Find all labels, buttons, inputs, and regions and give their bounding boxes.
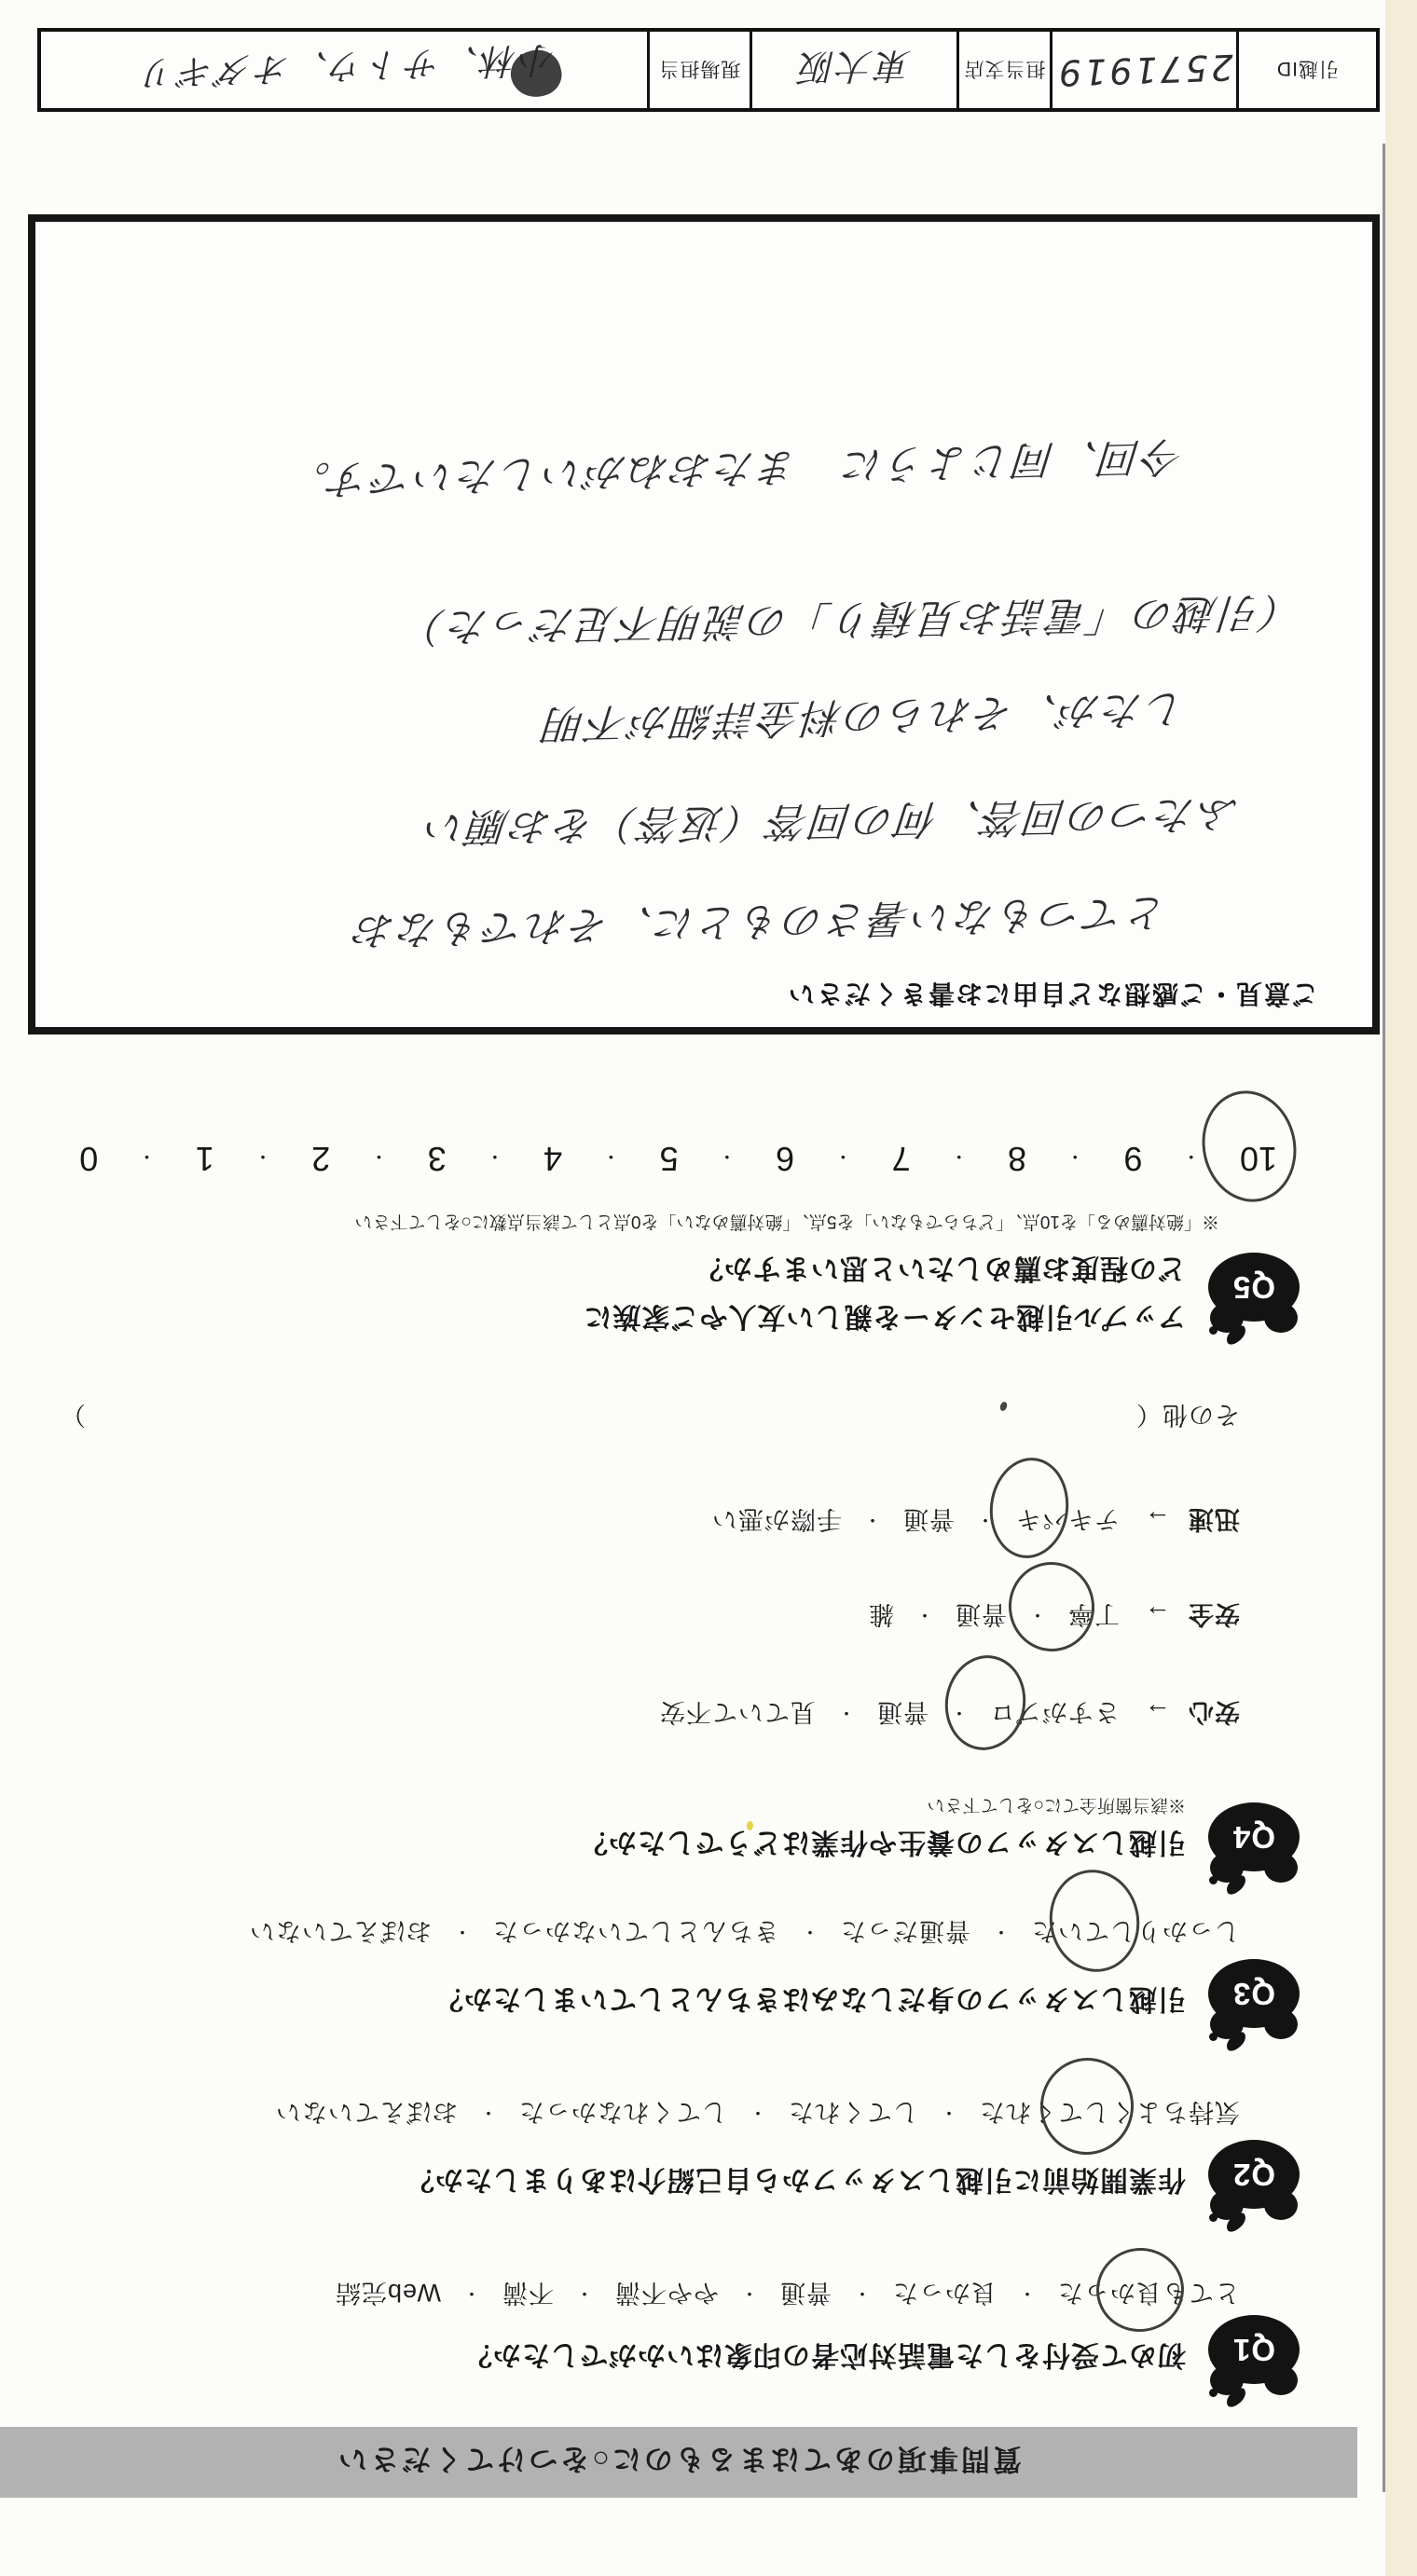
option-separator: ・: [478, 2101, 498, 2128]
q2-option: してくれなかった: [518, 2098, 727, 2126]
option-separator: ・: [939, 2101, 958, 2128]
q3-option: きちんとしていなかった: [492, 1917, 779, 1945]
q2-apple-icon: Q2: [1208, 2138, 1300, 2224]
option-separator: ・: [915, 1603, 934, 1630]
apple-stem-dot: [1209, 1326, 1218, 1335]
q2-question: 作業開始前に引越しスタッフから自己紹介はありましたか？: [406, 2162, 1186, 2203]
staff-names-value: 小林、サトウ、オダギリ: [137, 37, 557, 103]
scale-value: 6: [776, 1139, 794, 1178]
scale-separator: ・: [950, 1145, 969, 1172]
hand-circle-q4-anzen: [1004, 1557, 1099, 1655]
branch-label: 担当支店: [964, 56, 1046, 84]
scale-value: 8: [1008, 1139, 1026, 1178]
arrow-right-icon: →: [1144, 1599, 1171, 1629]
apple-stem-dot: [1209, 2033, 1218, 2041]
option-separator: ・: [852, 2281, 872, 2309]
q2-option: おぼえていない: [275, 2098, 458, 2126]
option-separator: ・: [862, 1508, 882, 1535]
ink-dot: [999, 1401, 1009, 1412]
q5-apple-icon: Q5: [1208, 1251, 1300, 1336]
scale-value: 3: [428, 1139, 447, 1178]
q1-option: やや不満: [614, 2279, 719, 2307]
q3-option: おぼえていない: [249, 1917, 432, 1945]
scale-separator: ・: [369, 1145, 388, 1172]
scale-value: 1: [196, 1139, 214, 1178]
scale-value: 2: [311, 1139, 330, 1178]
cell-branch-label: 担当支店: [956, 32, 1050, 108]
q4-label: Q4: [1208, 1819, 1300, 1855]
q3-option: 普通だった: [840, 1917, 970, 1945]
q3-label: Q3: [1208, 1976, 1300, 2011]
scale-value: 4: [543, 1139, 562, 1178]
q5-label: Q5: [1208, 1269, 1300, 1305]
apple-stem-dot: [1209, 2213, 1218, 2222]
comment-box-label: ご意見・ご感想など自由にお書きください: [787, 977, 1318, 1014]
option-separator: ・: [739, 2281, 759, 2309]
q5-question-line2: どの程度お薦めしたいと思いますか？: [695, 1251, 1186, 1292]
q1-option: 良かった: [892, 2279, 997, 2307]
arrow-right-icon: →: [1144, 1504, 1171, 1534]
q4-option: 普通: [876, 1698, 929, 1726]
q3-apple-icon: Q3: [1208, 1957, 1300, 2043]
option-separator: ・: [991, 1920, 1011, 1947]
scale-separator: ・: [254, 1145, 272, 1172]
staff-label: 現場担当: [659, 56, 741, 84]
q4-other-row: その他（: [1135, 1399, 1240, 1435]
scale-separator: ・: [601, 1145, 620, 1172]
q4-option: 雑: [868, 1600, 894, 1628]
q4-other-close-paren: ）: [61, 1399, 86, 1435]
hand-circle-q5-score: [1192, 1082, 1307, 1211]
cell-branch-value: 東大阪: [750, 32, 956, 108]
option-separator: ・: [748, 2101, 767, 2128]
scale-value: 9: [1123, 1139, 1142, 1178]
q1-option: 普通: [779, 2279, 832, 2307]
q4-row-jinsoku: 迅速→テキパキ・普通・手際が悪い: [711, 1503, 1240, 1540]
apple-stem-dot: [1209, 1876, 1218, 1884]
scale-separator: ・: [138, 1145, 157, 1172]
option-separator: ・: [836, 1701, 856, 1728]
q1-question: 初めて受付をした電話対応者の印象はいかがでしたか？: [463, 2337, 1186, 2378]
scale-separator: ・: [486, 1145, 504, 1172]
q4-option: 普通: [902, 1505, 955, 1533]
q4-row-label: 安心: [1188, 1698, 1240, 1726]
option-separator: ・: [1017, 2281, 1037, 2309]
moving-id-label: 引越ID: [1276, 56, 1339, 84]
q4-apple-icon: Q4: [1208, 1801, 1300, 1886]
q1-option: Web完結: [335, 2279, 441, 2307]
hand-circle-q4-anshin: [939, 1650, 1033, 1756]
arrow-right-icon: →: [1144, 1697, 1171, 1727]
q3-question: 引越しスタッフの身だしなみはきちんとしていましたか？: [434, 1981, 1186, 2022]
q4-option: 見ていて不安: [659, 1698, 816, 1726]
scale-separator: ・: [1066, 1145, 1084, 1172]
option-separator: ・: [800, 1920, 819, 1947]
q4-row-label: 迅速: [1188, 1505, 1240, 1533]
scale-separator: ・: [1182, 1145, 1201, 1172]
moving-id-value: 2571919: [1055, 47, 1234, 94]
scan-speck: [747, 1821, 753, 1830]
apple-stem-dot: [1209, 2389, 1218, 2397]
survey-document-rotated: 質問事項のあてはまるものに○をつけてください Q1 初めて受付をした電話対応者の…: [0, 0, 1417, 2576]
q2-label: Q2: [1208, 2157, 1300, 2192]
option-separator: ・: [574, 2281, 594, 2309]
scale-value: 5: [660, 1139, 679, 1178]
q5-note: ※「絶対薦める」を10点、「どちらでもない」を5点、「絶対薦めない」を0点として…: [354, 1211, 1219, 1236]
hand-circle-q3: [1041, 1863, 1148, 1980]
option-separator: ・: [461, 2281, 481, 2309]
q5-question-line1: アップル引越センターを親しい友人やご家族に: [584, 1299, 1187, 1340]
scan-edge-shadow: [1383, 144, 1385, 2492]
q4-option: 普通: [955, 1600, 1007, 1628]
q4-note: ※該当箇所全てに○をして下さい: [928, 1794, 1186, 1819]
q1-option: 不満: [502, 2279, 554, 2307]
scan-edge-strip: [1385, 0, 1417, 2576]
option-separator: ・: [452, 1920, 472, 1947]
branch-value: 東大阪: [797, 43, 913, 96]
scanned-survey-page: 質問事項のあてはまるものに○をつけてください Q1 初めて受付をした電話対応者の…: [0, 0, 1417, 2576]
cell-staff-label: 現場担当: [647, 32, 750, 108]
q4-row-label: 安全: [1188, 1600, 1240, 1628]
hand-circle-q2: [1036, 2053, 1138, 2159]
cell-moving-id-value: 2571919: [1050, 32, 1236, 108]
q1-apple-icon: Q1: [1208, 2313, 1300, 2399]
footer-info-table: 引越ID 2571919 担当支店 東大阪 現場担当 小林、サトウ、オダギリ: [37, 28, 1380, 112]
q1-label: Q1: [1208, 2332, 1300, 2367]
scale-separator: ・: [833, 1145, 852, 1172]
q2-option: してくれた: [788, 2098, 918, 2126]
scale-value: 7: [892, 1139, 911, 1178]
scale-separator: ・: [718, 1145, 736, 1172]
q4-option: 手際が悪い: [711, 1505, 842, 1533]
q4-other-label: その他（: [1135, 1401, 1240, 1429]
cell-moving-id-label: 引越ID: [1236, 32, 1376, 108]
hand-circle-q1: [1091, 2242, 1190, 2337]
hand-circle-q4-jinsoku: [984, 1453, 1075, 1562]
scale-value: 0: [79, 1139, 98, 1178]
q4-question: 引越しスタッフの養生や作業はどうでしたか？: [579, 1825, 1186, 1866]
title-bar: 質問事項のあてはまるものに○をつけてください: [0, 2427, 1357, 2498]
page-title: 質問事項のあてはまるものに○をつけてください: [336, 2442, 1022, 2484]
q5-rating-scale: 10・ 9・ 8・ 7・ 6・ 5・ 4・ 3・ 2・ 1・ 0: [79, 1139, 1277, 1178]
